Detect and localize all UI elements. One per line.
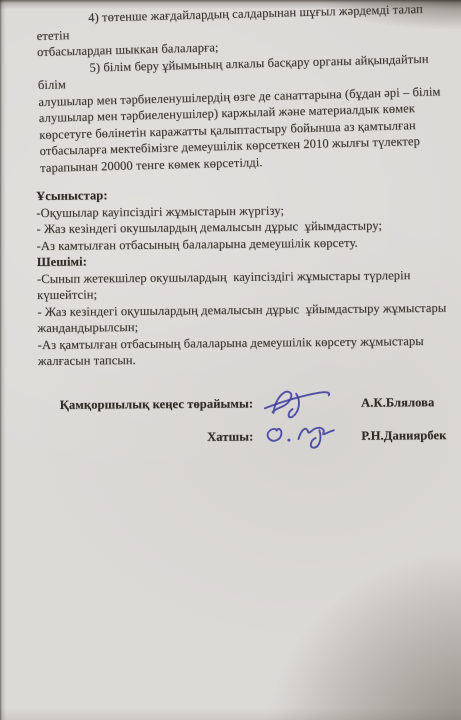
secretary-signature-label: Хатшы: — [36, 428, 253, 446]
decision-item: -Аз қамтылған отбасының балаларына демеу… — [38, 332, 451, 369]
decision-item: - Жаз кезіндегі оқушылардың демалысын дұ… — [37, 299, 450, 336]
decision-item: -Сынып жетекшілер окушылардың кауіпсізді… — [37, 266, 450, 303]
numbered-paragraphs-section: 4) төтенше жағдайлардың салдарынан шұғыл… — [36, 0, 453, 176]
paragraph-item-5: 5) білім беру ұйымының алкалы басқару ор… — [37, 50, 453, 176]
proposals-and-decision-section: Ұсыныстар: -Оқушылар кауіпсіздігі жұмыст… — [36, 184, 451, 370]
secretary-name: Р.Н.Даниярбек — [353, 426, 449, 443]
chairwoman-signature-label: Қамқоршылық кеңес төрайымы: — [36, 395, 253, 413]
secretary-signature-ink-icon — [258, 416, 344, 459]
chairwoman-name: А.К.Блялова — [353, 393, 449, 410]
signature-block: Қамқоршылық кеңес төрайымы: А.К.Блялова … — [36, 389, 449, 451]
document-photo: 4) төтенше жағдайлардың салдарынан шұғыл… — [0, 0, 461, 720]
document-text: 4) төтенше жағдайлардың салдарынан шұғыл… — [36, 11, 449, 451]
